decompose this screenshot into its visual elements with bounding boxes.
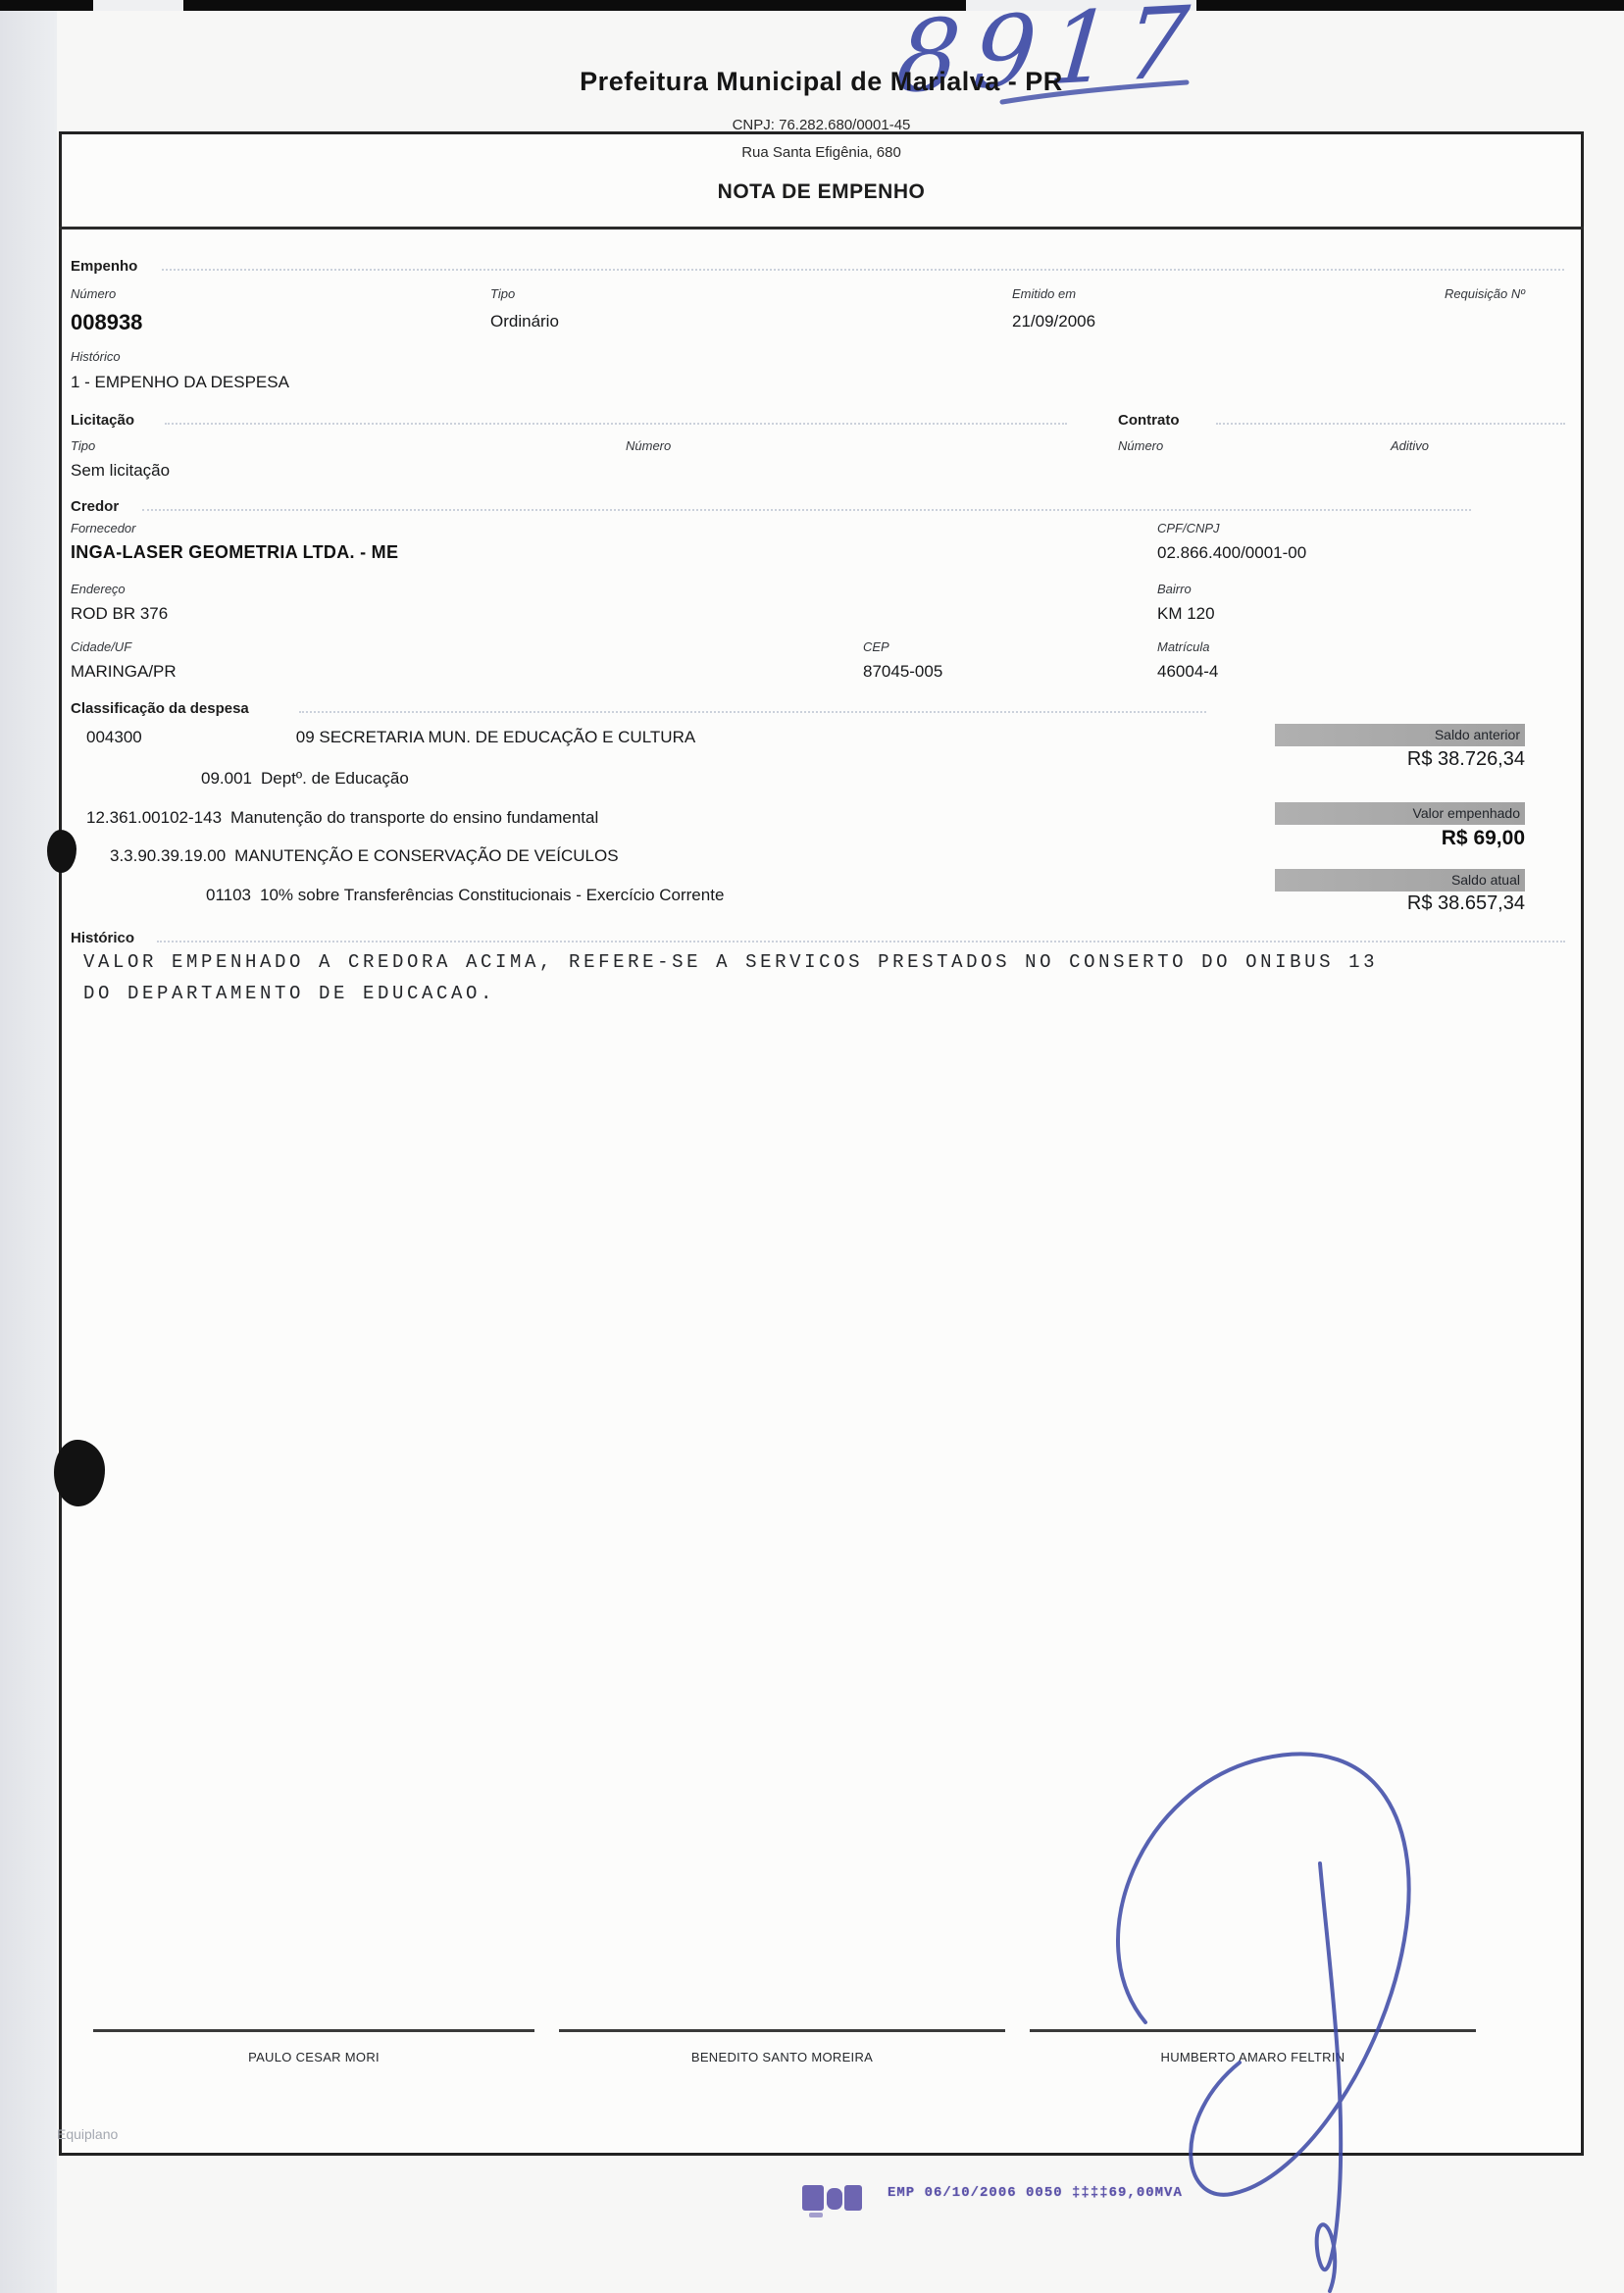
label-tipo: Tipo xyxy=(490,286,515,301)
label-contrato-aditivo: Aditivo xyxy=(1391,438,1429,453)
historico-line2: DO DEPARTAMENTO DE EDUCACAO. xyxy=(83,983,495,1004)
signature-name: BENEDITO SANTO MOREIRA xyxy=(559,2050,1005,2064)
classificacao-row: 3.3.90.39.19.00MANUTENÇÃO E CONSERVAÇÃO … xyxy=(110,846,619,866)
label-fornecedor: Fornecedor xyxy=(71,521,135,535)
historico-line1: VALOR EMPENHADO A CREDORA ACIMA, REFERE-… xyxy=(83,951,1378,973)
classificacao-row: 0110310% sobre Transferências Constituci… xyxy=(206,886,724,905)
valor-empenhado-bar: Valor empenhado xyxy=(1275,802,1525,825)
saldo-atual-bar: Saldo atual xyxy=(1275,869,1525,892)
classificacao-row: 09.001Deptº. de Educação xyxy=(201,769,409,789)
handwritten-number: 8917 xyxy=(892,0,1206,115)
section-classificacao: Classificação da despesa xyxy=(71,700,249,717)
row-desc: 10% sobre Transferências Constitucionais… xyxy=(260,886,724,904)
saldo-anterior-bar: Saldo anterior xyxy=(1275,724,1525,746)
section-licitacao: Licitação xyxy=(71,412,134,429)
label-cidade-uf: Cidade/UF xyxy=(71,639,131,654)
row-code: 12.361.00102-143 xyxy=(86,808,222,827)
document-border xyxy=(59,131,1584,2156)
header-divider-line xyxy=(59,227,1584,229)
credor-cpf-cnpj: 02.866.400/0001-00 xyxy=(1157,543,1306,563)
empenho-emitido: 21/09/2006 xyxy=(1012,312,1095,331)
row-code: 01103 xyxy=(206,886,251,904)
section-contrato: Contrato xyxy=(1118,412,1180,429)
label-emitido-em: Emitido em xyxy=(1012,286,1076,301)
section-credor: Credor xyxy=(71,498,119,515)
label-contrato-numero: Número xyxy=(1118,438,1163,453)
credor-endereco: ROD BR 376 xyxy=(71,604,168,624)
label-requisicao: Requisição Nº xyxy=(1329,286,1525,301)
section-rule xyxy=(157,941,1565,943)
label-historico: Histórico xyxy=(71,349,121,364)
credor-matricula: 46004-4 xyxy=(1157,662,1218,682)
label-cpf-cnpj: CPF/CNPJ xyxy=(1157,521,1220,535)
signature-name: PAULO CESAR MORI xyxy=(93,2050,534,2064)
page-title: Prefeitura Municipal de Marialva - PR xyxy=(62,67,1581,97)
section-empenho: Empenho xyxy=(71,258,137,275)
section-rule xyxy=(165,423,1067,425)
scan-top-edge-artifact xyxy=(0,0,1624,11)
signature-name: HUMBERTO AMARO FELTRIN xyxy=(1030,2050,1476,2064)
empenho-historico: 1 - EMPENHO DA DESPESA xyxy=(71,373,289,392)
row-desc: 09 SECRETARIA MUN. DE EDUCAÇÃO E CULTURA xyxy=(296,728,695,746)
signature-line xyxy=(1030,2029,1476,2032)
scanned-document: 8917 Prefeitura Municipal de Marialva - … xyxy=(0,0,1624,2293)
label-licitacao-tipo: Tipo xyxy=(71,438,95,453)
row-code: 3.3.90.39.19.00 xyxy=(110,846,226,865)
row-desc: Deptº. de Educação xyxy=(261,769,409,788)
label-matricula: Matrícula xyxy=(1157,639,1209,654)
section-rule xyxy=(142,509,1471,511)
classificacao-row: 12.361.00102-143Manutenção do transporte… xyxy=(86,808,598,828)
equiplano-watermark: Equiplano xyxy=(57,2126,118,2142)
empenho-tipo: Ordinário xyxy=(490,312,559,331)
licitacao-tipo: Sem licitação xyxy=(71,461,170,481)
section-rule xyxy=(162,269,1564,271)
label-numero: Número xyxy=(71,286,116,301)
saldo-anterior-value: R$ 38.726,34 xyxy=(1275,748,1525,771)
header-address: Rua Santa Efigênia, 680 xyxy=(62,144,1581,161)
scan-left-margin xyxy=(0,0,57,2293)
signature-line xyxy=(93,2029,534,2032)
row-code: 004300 xyxy=(86,728,142,746)
label-bairro: Bairro xyxy=(1157,582,1192,596)
empenho-numero: 008938 xyxy=(71,310,142,335)
validation-stamp-text: EMP 06/10/2006 0050 ‡‡‡‡69,00MVA xyxy=(888,2185,1183,2201)
row-code: 09.001 xyxy=(201,769,252,788)
valor-empenhado-value: R$ 69,00 xyxy=(1275,827,1525,850)
label-licitacao-numero: Número xyxy=(626,438,671,453)
header-cnpj: CNPJ: 76.282.680/0001-45 xyxy=(62,117,1581,133)
section-rule xyxy=(1216,423,1565,425)
row-desc: MANUTENÇÃO E CONSERVAÇÃO DE VEÍCULOS xyxy=(234,846,618,865)
scan-top-gap xyxy=(93,0,183,11)
signature-line xyxy=(559,2029,1005,2032)
classificacao-row: 00430009 SECRETARIA MUN. DE EDUCAÇÃO E C… xyxy=(86,728,695,747)
saldo-atual-value: R$ 38.657,34 xyxy=(1275,892,1525,915)
section-rule xyxy=(299,711,1206,713)
credor-bairro: KM 120 xyxy=(1157,604,1215,624)
credor-cidade: MARINGA/PR xyxy=(71,662,177,682)
row-desc: Manutenção do transporte do ensino funda… xyxy=(230,808,598,827)
label-cep: CEP xyxy=(863,639,889,654)
credor-fornecedor: INGA-LASER GEOMETRIA LTDA. - ME xyxy=(71,542,398,563)
label-endereco: Endereço xyxy=(71,582,126,596)
credor-cep: 87045-005 xyxy=(863,662,942,682)
section-historico: Histórico xyxy=(71,930,134,946)
document-type-title: NOTA DE EMPENHO xyxy=(62,180,1581,204)
